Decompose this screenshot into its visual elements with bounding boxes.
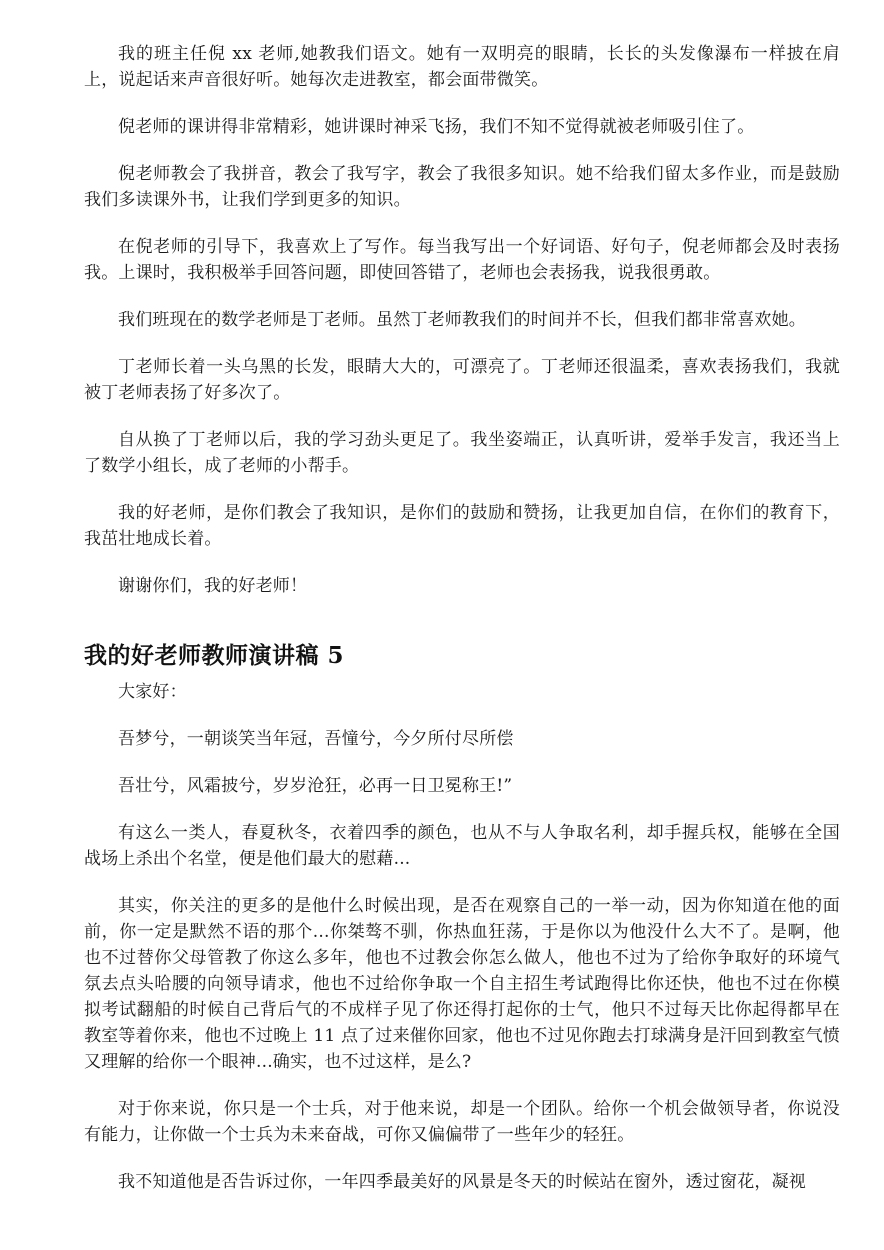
paragraph: 有这么一类人，春夏秋冬，衣着四季的颜色，也从不与人争取名利，却手握兵权，能够在全… <box>84 820 840 872</box>
paragraph: 自从换了丁老师以后，我的学习劲头更足了。我坐姿端正，认真听讲，爱举手发言，我还当… <box>84 427 840 479</box>
section-previous-speech: 我的班主任倪 xx 老师,她教我们语文。她有一双明亮的眼睛，长长的头发像瀑布一样… <box>84 41 840 599</box>
paragraph: 倪老师教会了我拼音，教会了我写字，教会了我很多知识。她不给我们留太多作业，而是鼓… <box>84 161 840 213</box>
paragraph: 我不知道他是否告诉过你，一年四季最美好的风景是冬天的时候站在窗外，透过窗花，凝视 <box>84 1169 840 1195</box>
section-heading: 我的好老师教师演讲稿 5 <box>84 641 840 671</box>
paragraph: 我们班现在的数学老师是丁老师。虽然丁老师教我们的时间并不长，但我们都非常喜欢她。 <box>84 307 840 333</box>
paragraph: 我的好老师，是你们教会了我知识，是你们的鼓励和赞扬，让我更加自信，在你们的教育下… <box>84 500 840 552</box>
paragraph: 丁老师长着一头乌黑的长发，眼睛大大的，可漂亮了。丁老师还很温柔，喜欢表扬我们，我… <box>84 354 840 406</box>
greeting-paragraph: 大家好： <box>84 679 840 705</box>
paragraph: 倪老师的课讲得非常精彩，她讲课时神采飞扬，我们不知不觉得就被老师吸引住了。 <box>84 114 840 140</box>
paragraph: 我的班主任倪 xx 老师,她教我们语文。她有一双明亮的眼睛，长长的头发像瀑布一样… <box>84 41 840 93</box>
poem-line: 吾梦兮，一朝谈笑当年冠，吾憧兮，今夕所付尽所偿 <box>84 726 840 752</box>
paragraph: 在倪老师的引导下，我喜欢上了写作。每当我写出一个好词语、好句子，倪老师都会及时表… <box>84 234 840 286</box>
closing-paragraph: 谢谢你们，我的好老师！ <box>84 573 840 599</box>
document-page: 我的班主任倪 xx 老师,她教我们语文。她有一双明亮的眼睛，长长的头发像瀑布一样… <box>84 41 840 1216</box>
paragraph: 对于你来说，你只是一个士兵，对于他来说，却是一个团队。给你一个机会做领导者，你说… <box>84 1096 840 1148</box>
section-speech-5: 我的好老师教师演讲稿 5 大家好： 吾梦兮，一朝谈笑当年冠，吾憧兮，今夕所付尽所… <box>84 641 840 1195</box>
paragraph: 其实，你关注的更多的是他什么时候出现，是否在观察自己的一举一动，因为你知道在他的… <box>84 893 840 1075</box>
poem-line: 吾壮兮，风霜披兮，岁岁沧狂，必再一日卫冕称王!” <box>84 773 840 799</box>
